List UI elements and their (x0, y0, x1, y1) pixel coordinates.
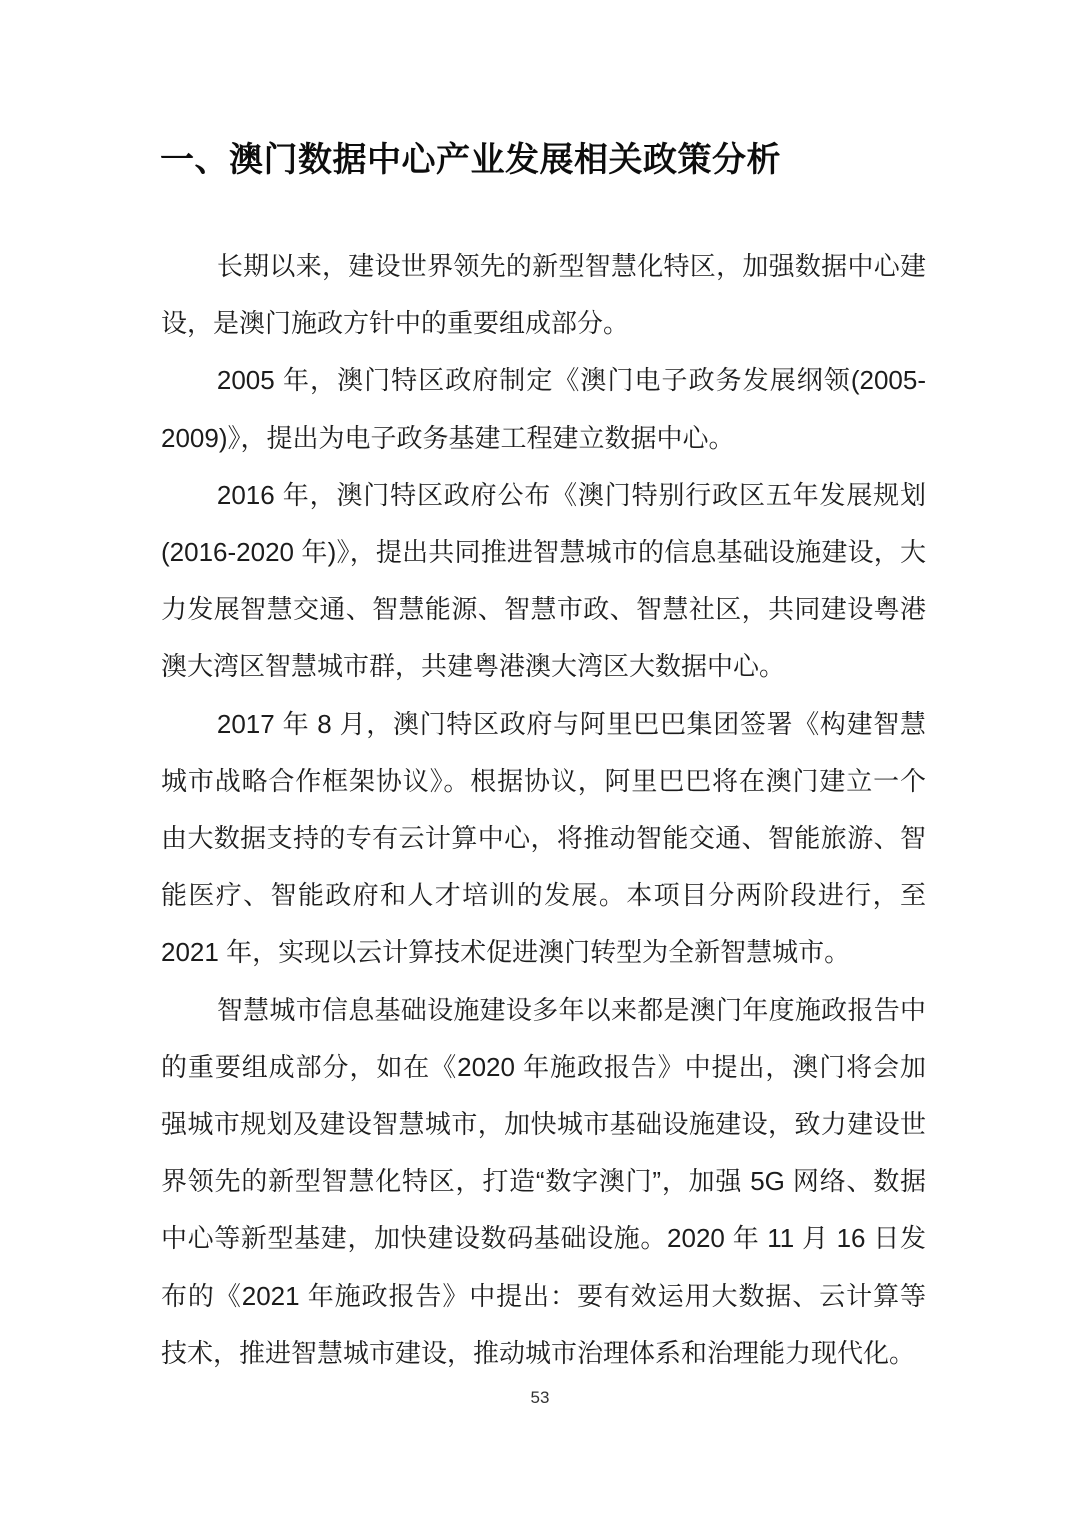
paragraph: 2016 年，澳门特区政府公布《澳门特别行政区五年发展规划(2016-2020 … (161, 467, 926, 696)
paragraph: 长期以来，建设世界领先的新型智慧化特区，加强数据中心建设，是澳门施政方针中的重要… (161, 238, 926, 352)
paragraph: 2017 年 8 月，澳门特区政府与阿里巴巴集团签署《构建智慧城市战略合作框架协… (161, 696, 926, 982)
paragraph: 2005 年，澳门特区政府制定《澳门电子政务发展纲领(2005-2009)》，提… (161, 352, 926, 466)
section-heading: 一、澳门数据中心产业发展相关政策分析 (160, 138, 930, 184)
document-body: 长期以来，建设世界领先的新型智慧化特区，加强数据中心建设，是澳门施政方针中的重要… (161, 238, 926, 1382)
document-page: 一、澳门数据中心产业发展相关政策分析 长期以来，建设世界领先的新型智慧化特区，加… (0, 0, 1080, 1527)
paragraph: 智慧城市信息基础设施建设多年以来都是澳门年度施政报告中的重要组成部分，如在《20… (161, 982, 926, 1382)
page-number: 53 (0, 1388, 1080, 1408)
